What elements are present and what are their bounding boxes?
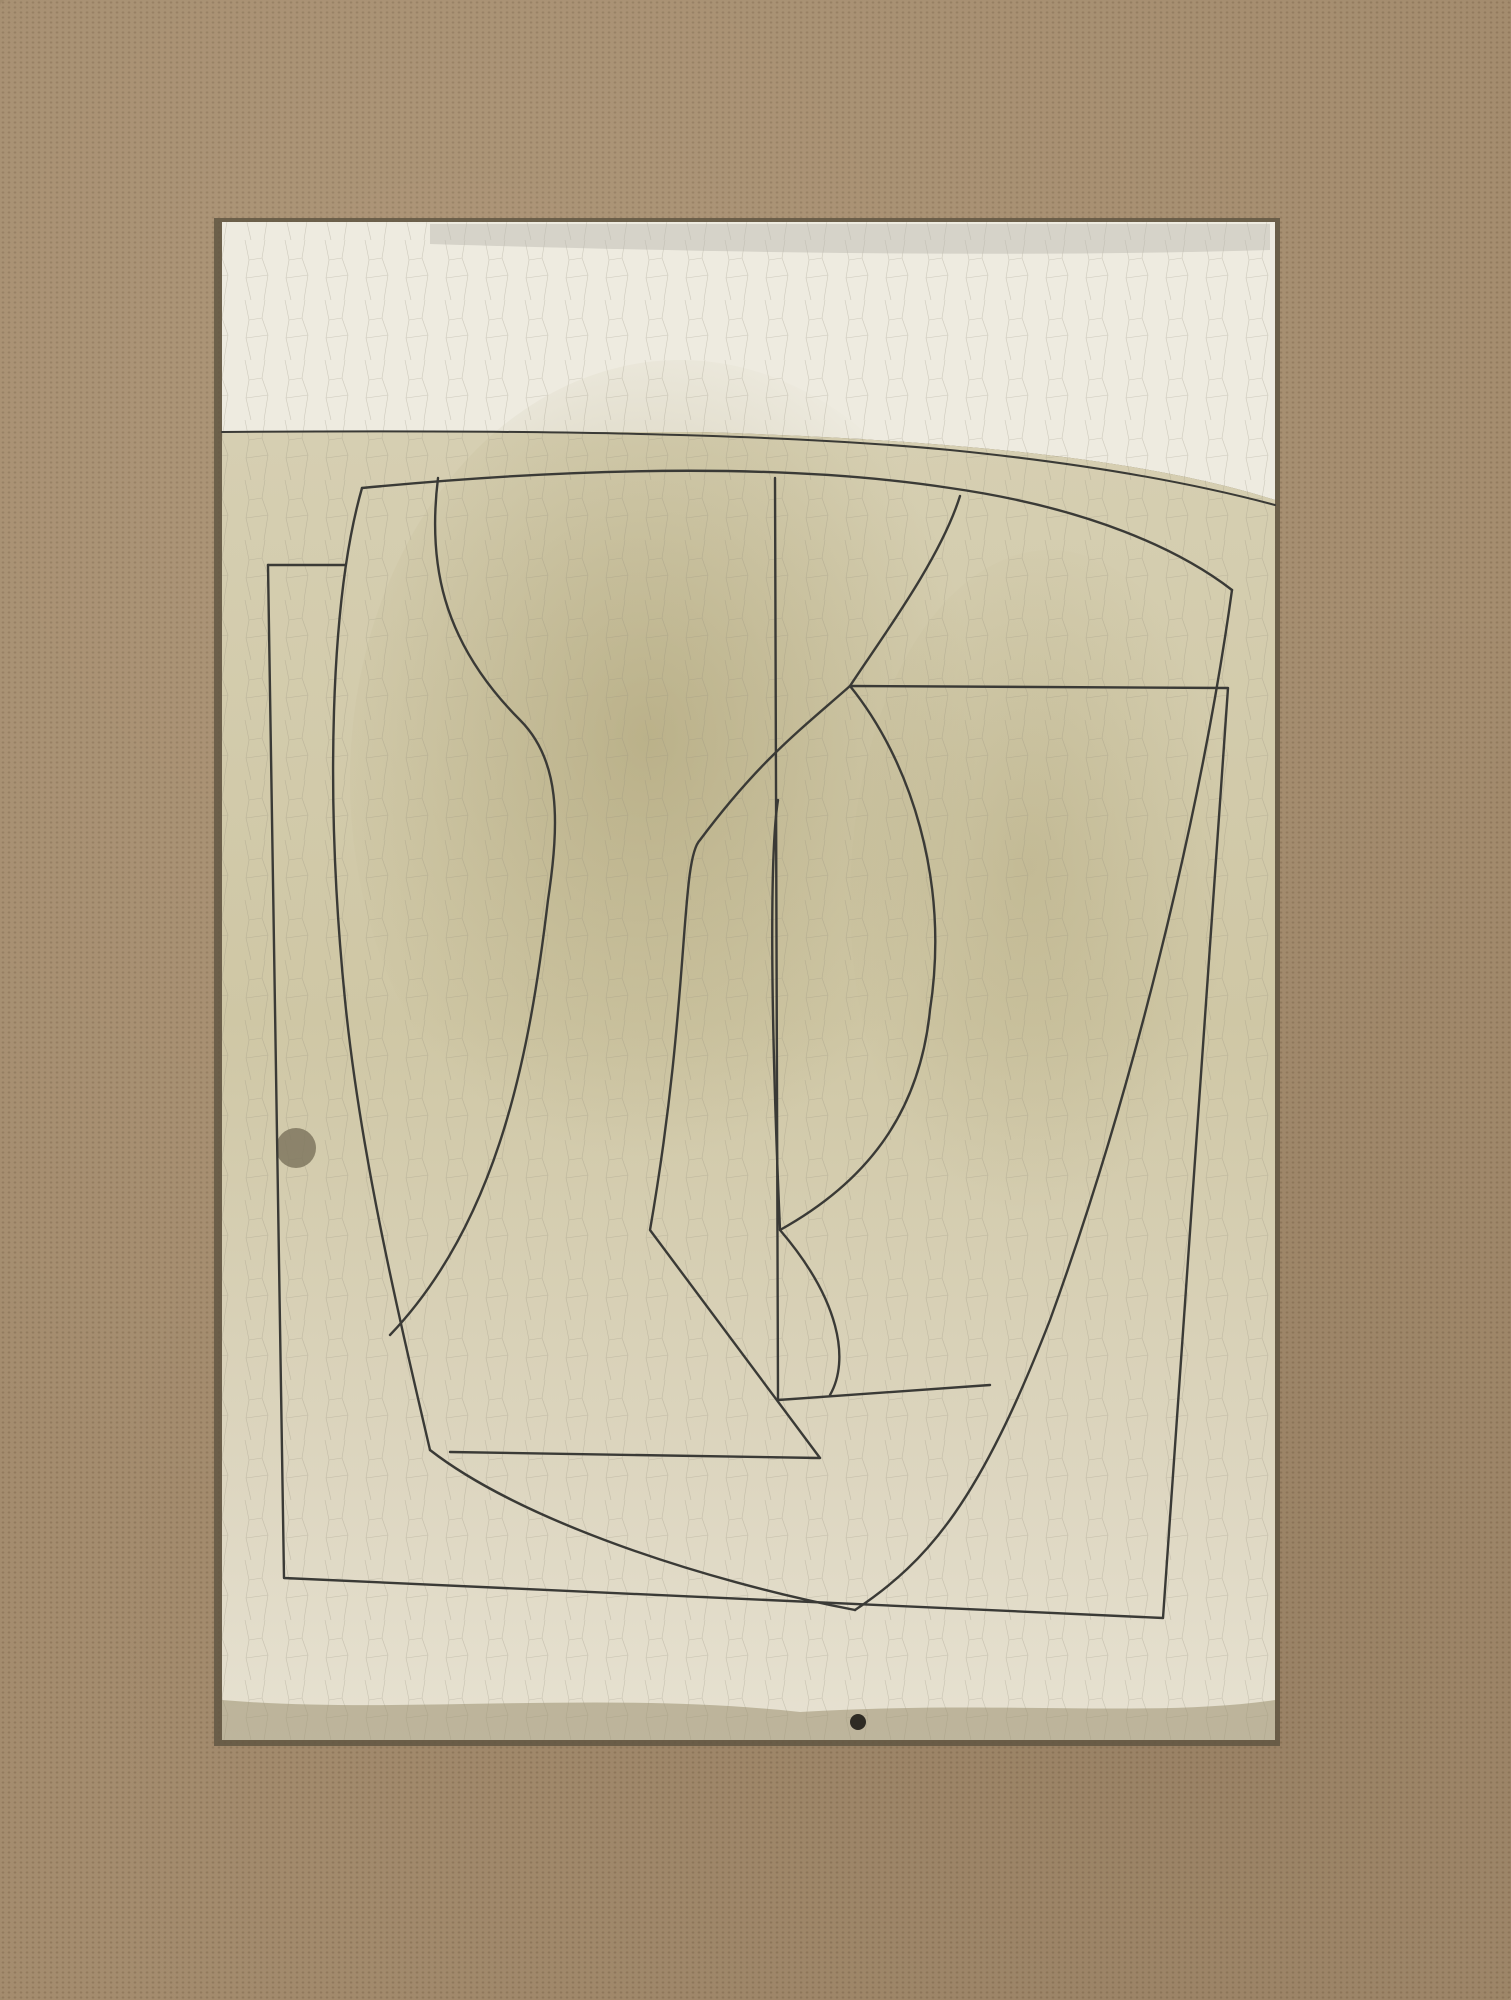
painting [0, 0, 1511, 2000]
dark-spot [276, 1128, 316, 1168]
